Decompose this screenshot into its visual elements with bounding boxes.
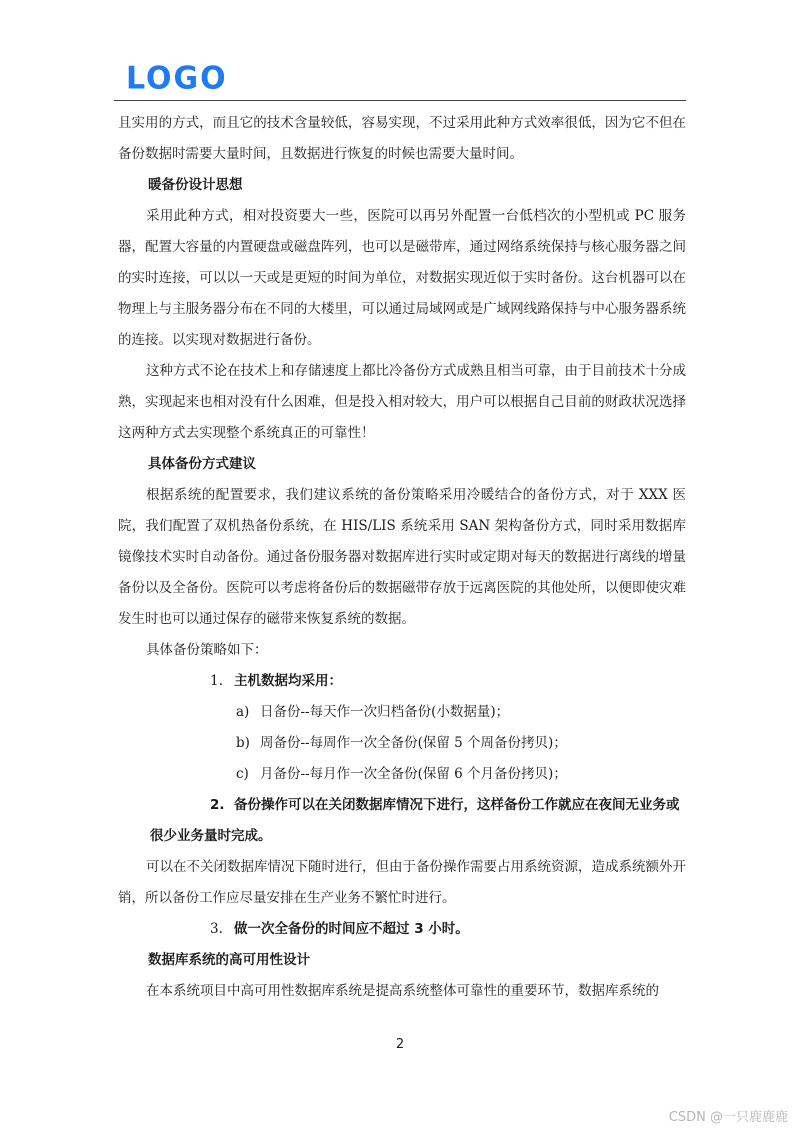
list-text: 周备份--每周作一次全备份(保留 5 个周备份拷贝)；	[260, 735, 567, 751]
list-item: 2.备份操作可以在关闭数据库情况下进行，这样备份工作就应在夜间无业务或很少业务量…	[118, 790, 686, 852]
list-item: 1.主机数据均采用：	[118, 666, 686, 697]
watermark: CSDN @一只鹿鹿鹿	[669, 1106, 788, 1125]
section-heading: 暖备份设计思想	[118, 170, 686, 201]
sub-list-item: b)周备份--每周作一次全备份(保留 5 个周备份拷贝)；	[118, 728, 686, 759]
paragraph: 且实用的方式，而且它的技术含量较低，容易实现，不过采用此种方式效率很低，因为它不…	[118, 108, 686, 170]
list-text: 主机数据均采用：	[234, 673, 342, 689]
list-item: 3.做一次全备份的时间应不超过 3 小时。	[118, 914, 686, 945]
list-letter: b)	[236, 728, 260, 759]
list-number: 1.	[210, 666, 234, 697]
sub-list-item: c)月备份--每月作一次全备份(保留 6 个月备份拷贝)；	[118, 759, 686, 790]
paragraph: 在本系统项目中高可用性数据库系统是提高系统整体可靠性的重要环节，数据库系统的	[118, 976, 686, 1007]
paragraph: 采用此种方式，相对投资要大一些，医院可以再另外配置一台低档次的小型机或 PC 服…	[118, 201, 686, 356]
list-number: 3.	[210, 914, 234, 945]
list-number: 2.	[210, 790, 234, 821]
paragraph: 这种方式不论在技术上和存储速度上都比冷备份方式成熟且相当可靠，由于目前技术十分成…	[118, 356, 686, 449]
list-text: 日备份--每天作一次归档备份(小数据量)；	[260, 704, 509, 720]
document-body: 且实用的方式，而且它的技术含量较低，容易实现，不过采用此种方式效率很低，因为它不…	[118, 108, 686, 1007]
page-number: 2	[0, 1037, 800, 1052]
list-text: 做一次全备份的时间应不超过 3 小时。	[234, 921, 469, 937]
logo: LOGO	[126, 63, 228, 95]
section-heading: 具体备份方式建议	[118, 449, 686, 480]
section-heading: 数据库系统的高可用性设计	[118, 945, 686, 976]
header-divider	[114, 100, 686, 101]
paragraph: 具体备份策略如下：	[118, 635, 686, 666]
list-letter: c)	[236, 759, 260, 790]
list-letter: a)	[236, 697, 260, 728]
paragraph: 根据系统的配置要求，我们建议系统的备份策略采用冷暖结合的备份方式，对于 XXX …	[118, 480, 686, 635]
list-text: 月备份--每月作一次全备份(保留 6 个月备份拷贝)；	[260, 766, 567, 782]
paragraph: 可以在不关闭数据库情况下随时进行，但由于备份操作需要占用系统资源，造成系统额外开…	[118, 852, 686, 914]
sub-list-item: a)日备份--每天作一次归档备份(小数据量)；	[118, 697, 686, 728]
